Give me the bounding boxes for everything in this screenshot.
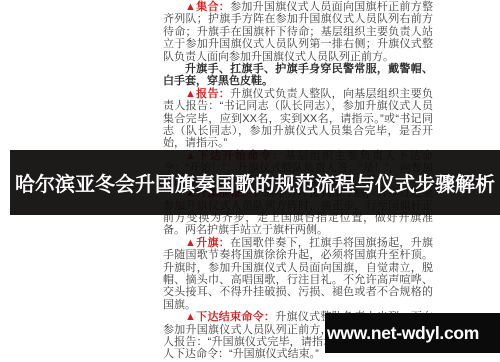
watermark-url: www.net-wdyl.com (325, 323, 479, 344)
paragraph-label: ▲报告： (185, 88, 230, 100)
paragraph: ▲集合：参加升国旗仪式人员面向国旗杆正前方整齐列队；护旗手方阵在参加升国旗仪式人… (163, 1, 433, 63)
paragraph-label: ▲升旗： (185, 237, 230, 249)
paragraph: 升旗手、扛旗手、护旗手身穿民警常服，戴警帽、白手套，穿黑色皮鞋。 (163, 63, 433, 88)
title-banner: 哈尔滨亚冬会升国旗奏国歌的规范流程与仪式步骤解析 (10, 150, 500, 215)
page: ▲集合：参加升国旗仪式人员面向国旗杆正前方整齐列队；护旗手方阵在参加升国旗仪式人… (0, 0, 500, 362)
paragraph: ▲报告：升旗仪式负责人整队，向基层组织主要负责人报告：“书记同志（队长同志），参… (163, 88, 433, 150)
watermark-badge: www.net-wdyl.com (325, 313, 500, 353)
paragraph-label: ▲下达结束命令： (185, 311, 275, 323)
page-title: 哈尔滨亚冬会升国旗奏国歌的规范流程与仪式步骤解析 (15, 168, 495, 197)
paragraph: ▲升旗：在国歌伴奏下，扛旗手将国旗扬起，升旗手随国歌节奏将国旗徐徐升起，必须将国… (163, 237, 433, 311)
paragraph-label: ▲集合： (185, 1, 230, 13)
paragraph-text: 升旗手、扛旗手、护旗手身穿民警常服，戴警帽、白手套，穿黑色皮鞋。 (163, 63, 433, 87)
